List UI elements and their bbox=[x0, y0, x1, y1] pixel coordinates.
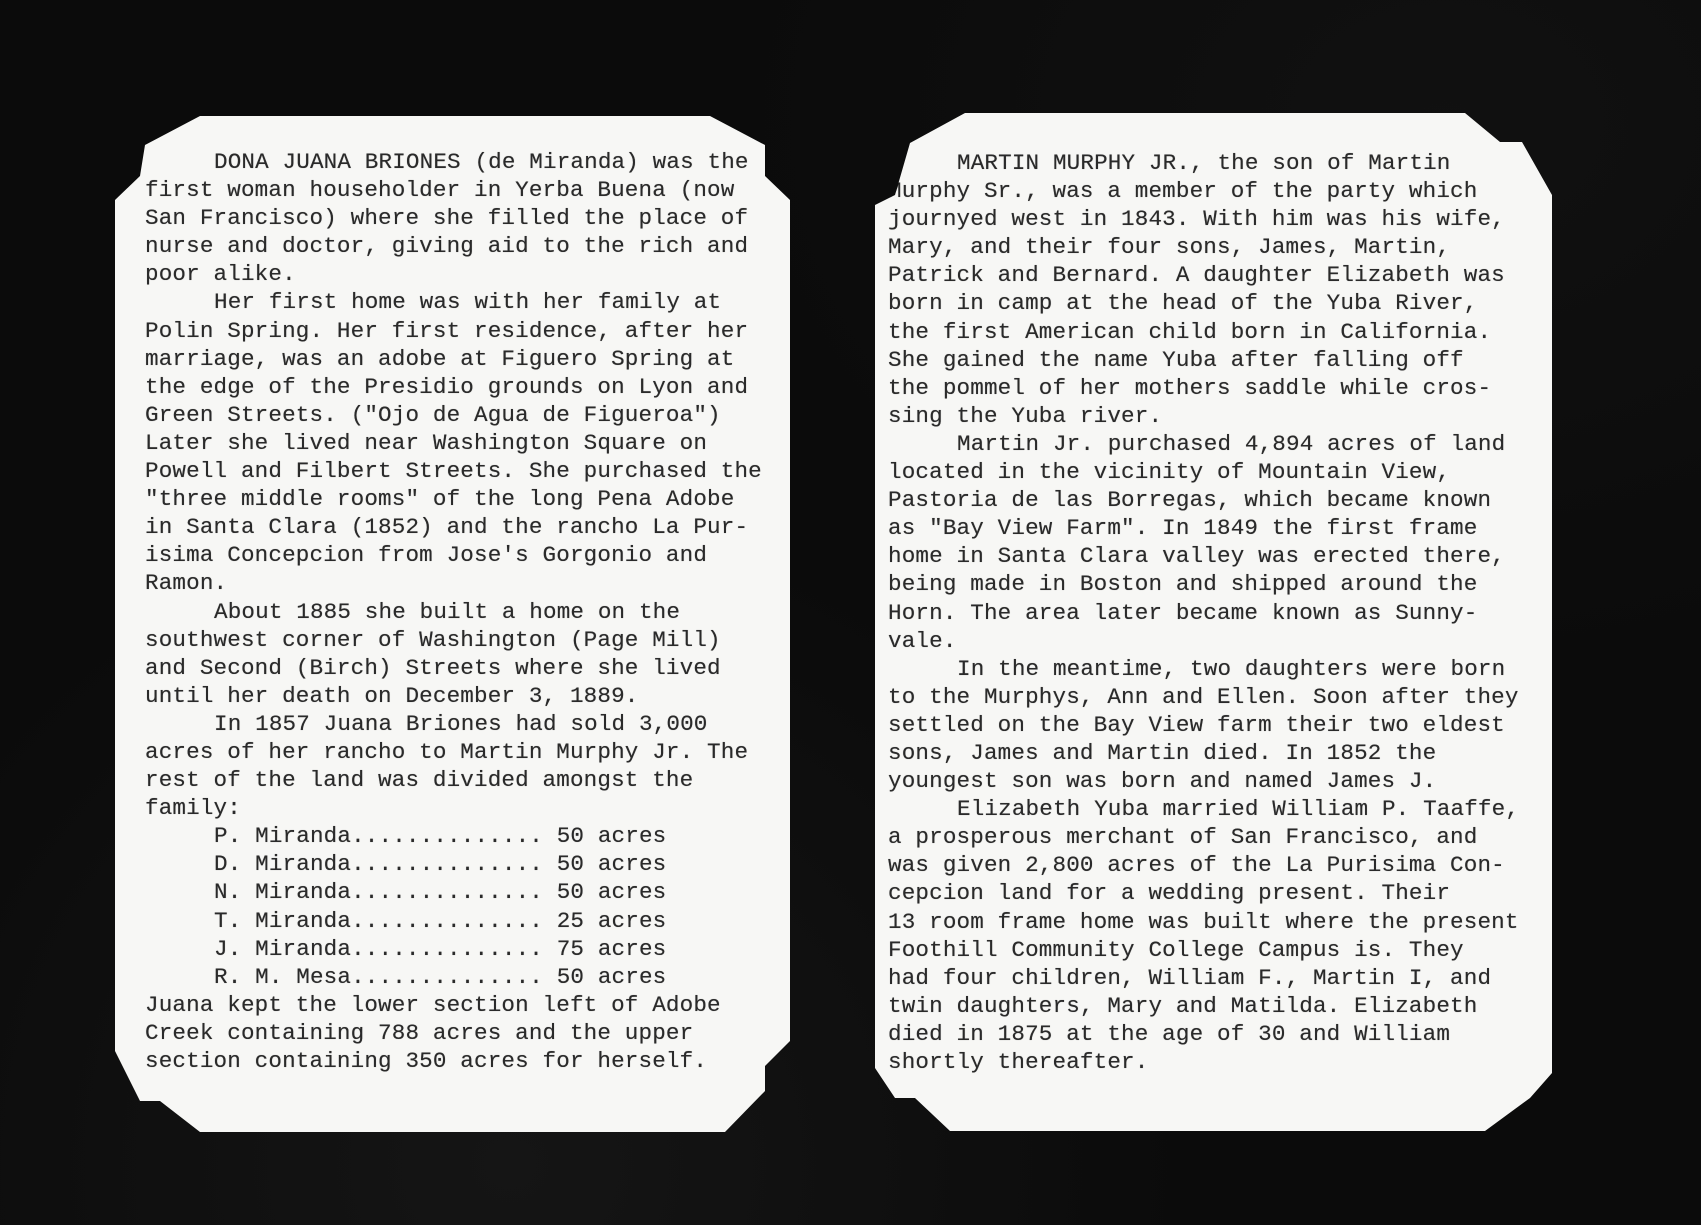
text-line: In the meantime, two daughters were born bbox=[888, 655, 1519, 683]
dot-leader: .............. bbox=[351, 851, 543, 877]
dot-leader: .............. bbox=[351, 908, 543, 934]
land-division-row: J. Miranda.............. 75 acres bbox=[145, 935, 762, 963]
text-line: first woman householder in Yerba Buena (… bbox=[145, 176, 762, 204]
heir-name: T. Miranda bbox=[214, 908, 351, 934]
card-juana-briones: DONA JUANA BRIONES (de Miranda) was thef… bbox=[115, 116, 790, 1132]
land-division-row: R. M. Mesa.............. 50 acres bbox=[145, 963, 762, 991]
text-line: 13 room frame home was built where the p… bbox=[888, 908, 1519, 936]
text-line: in Santa Clara (1852) and the rancho La … bbox=[145, 513, 762, 541]
card-text-body: MARTIN MURPHY JR., the son of MartinMurp… bbox=[888, 149, 1519, 1076]
heir-name: P. Miranda bbox=[214, 823, 351, 849]
text-line: Foothill Community College Campus is. Th… bbox=[888, 936, 1519, 964]
text-line: being made in Boston and shipped around … bbox=[888, 570, 1519, 598]
text-line: the edge of the Presidio grounds on Lyon… bbox=[145, 373, 762, 401]
text-line: Patrick and Bernard. A daughter Elizabet… bbox=[888, 261, 1519, 289]
text-line: Elizabeth Yuba married William P. Taaffe… bbox=[888, 795, 1519, 823]
text-line: twin daughters, Mary and Matilda. Elizab… bbox=[888, 992, 1519, 1020]
acreage: 50 acres bbox=[543, 879, 666, 905]
dot-leader: .............. bbox=[351, 879, 543, 905]
acreage: 25 acres bbox=[543, 908, 666, 934]
acreage: 75 acres bbox=[543, 936, 666, 962]
text-line: Later she lived near Washington Square o… bbox=[145, 429, 762, 457]
dot-leader: .............. bbox=[351, 964, 543, 990]
text-line: shortly thereafter. bbox=[888, 1048, 1519, 1076]
text-line: sing the Yuba river. bbox=[888, 402, 1519, 430]
heir-name: J. Miranda bbox=[214, 936, 351, 962]
text-line: sons, James and Martin died. In 1852 the bbox=[888, 739, 1519, 767]
text-line: had four children, William F., Martin I,… bbox=[888, 964, 1519, 992]
text-line: the first American child born in Califor… bbox=[888, 318, 1519, 346]
heir-name: R. M. Mesa bbox=[214, 964, 351, 990]
text-line: Polin Spring. Her first residence, after… bbox=[145, 317, 762, 345]
text-line: cepcion land for a wedding present. Thei… bbox=[888, 879, 1519, 907]
text-line: Ramon. bbox=[145, 569, 762, 597]
text-line: located in the vicinity of Mountain View… bbox=[888, 458, 1519, 486]
text-line: MARTIN MURPHY JR., the son of Martin bbox=[888, 149, 1519, 177]
text-line: until her death on December 3, 1889. bbox=[145, 682, 762, 710]
text-line: Martin Jr. purchased 4,894 acres of land bbox=[888, 430, 1519, 458]
text-line: DONA JUANA BRIONES (de Miranda) was the bbox=[145, 148, 762, 176]
text-line: rest of the land was divided amongst the bbox=[145, 766, 762, 794]
dot-leader: .............. bbox=[351, 936, 543, 962]
acreage: 50 acres bbox=[543, 823, 666, 849]
card-text-body: DONA JUANA BRIONES (de Miranda) was thef… bbox=[145, 148, 762, 1075]
text-line: In 1857 Juana Briones had sold 3,000 bbox=[145, 710, 762, 738]
acreage: 50 acres bbox=[543, 964, 666, 990]
heir-name: N. Miranda bbox=[214, 879, 351, 905]
text-line: Powell and Filbert Streets. She purchase… bbox=[145, 457, 762, 485]
text-line: died in 1875 at the age of 30 and Willia… bbox=[888, 1020, 1519, 1048]
text-line: family: bbox=[145, 794, 762, 822]
card-martin-murphy: MARTIN MURPHY JR., the son of MartinMurp… bbox=[875, 113, 1552, 1131]
text-line: "three middle rooms" of the long Pena Ad… bbox=[145, 485, 762, 513]
text-line: and Second (Birch) Streets where she liv… bbox=[145, 654, 762, 682]
text-line: acres of her rancho to Martin Murphy Jr.… bbox=[145, 738, 762, 766]
text-line: vale. bbox=[888, 627, 1519, 655]
text-line: Juana kept the lower section left of Ado… bbox=[145, 991, 762, 1019]
text-line: Green Streets. ("Ojo de Agua de Figueroa… bbox=[145, 401, 762, 429]
text-line: journyed west in 1843. With him was his … bbox=[888, 205, 1519, 233]
land-division-row: T. Miranda.............. 25 acres bbox=[145, 907, 762, 935]
text-line: section containing 350 acres for herself… bbox=[145, 1047, 762, 1075]
text-line: poor alike. bbox=[145, 260, 762, 288]
text-line: Horn. The area later became known as Sun… bbox=[888, 599, 1519, 627]
text-line: About 1885 she built a home on the bbox=[145, 598, 762, 626]
text-line: born in camp at the head of the Yuba Riv… bbox=[888, 289, 1519, 317]
text-line: Murphy Sr., was a member of the party wh… bbox=[888, 177, 1519, 205]
text-line: home in Santa Clara valley was erected t… bbox=[888, 542, 1519, 570]
text-line: Pastoria de las Borregas, which became k… bbox=[888, 486, 1519, 514]
text-line: She gained the name Yuba after falling o… bbox=[888, 346, 1519, 374]
text-line: to the Murphys, Ann and Ellen. Soon afte… bbox=[888, 683, 1519, 711]
text-line: as "Bay View Farm". In 1849 the first fr… bbox=[888, 514, 1519, 542]
acreage: 50 acres bbox=[543, 851, 666, 877]
text-line: settled on the Bay View farm their two e… bbox=[888, 711, 1519, 739]
land-division-row: P. Miranda.............. 50 acres bbox=[145, 822, 762, 850]
text-line: marriage, was an adobe at Figuero Spring… bbox=[145, 345, 762, 373]
text-line: was given 2,800 acres of the La Purisima… bbox=[888, 851, 1519, 879]
text-line: youngest son was born and named James J. bbox=[888, 767, 1519, 795]
text-line: the pommel of her mothers saddle while c… bbox=[888, 374, 1519, 402]
text-line: Mary, and their four sons, James, Martin… bbox=[888, 233, 1519, 261]
land-division-row: N. Miranda.............. 50 acres bbox=[145, 878, 762, 906]
text-line: isima Concepcion from Jose's Gorgonio an… bbox=[145, 541, 762, 569]
text-line: Creek containing 788 acres and the upper bbox=[145, 1019, 762, 1047]
text-line: southwest corner of Washington (Page Mil… bbox=[145, 626, 762, 654]
land-division-row: D. Miranda.............. 50 acres bbox=[145, 850, 762, 878]
heir-name: D. Miranda bbox=[214, 851, 351, 877]
text-line: a prosperous merchant of San Francisco, … bbox=[888, 823, 1519, 851]
text-line: Her first home was with her family at bbox=[145, 288, 762, 316]
text-line: San Francisco) where she filled the plac… bbox=[145, 204, 762, 232]
text-line: nurse and doctor, giving aid to the rich… bbox=[145, 232, 762, 260]
dot-leader: .............. bbox=[351, 823, 543, 849]
